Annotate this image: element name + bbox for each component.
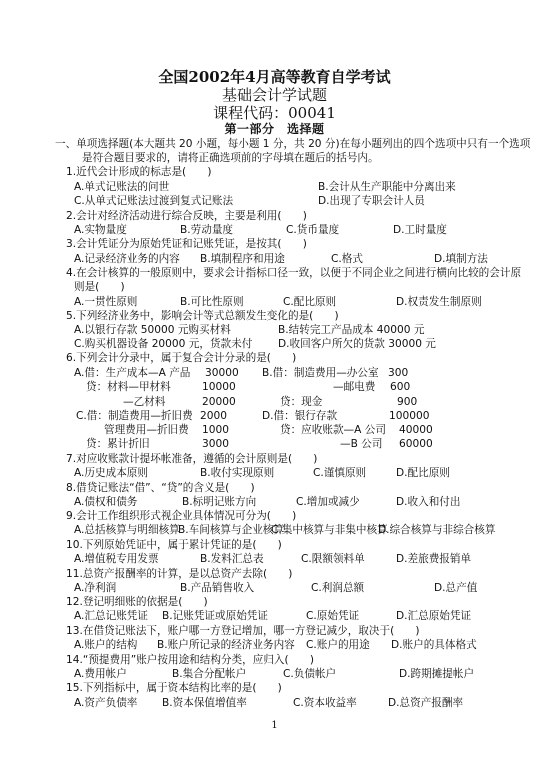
option-11c: C.利润总额: [311, 581, 364, 595]
entry-d-credit2-amt: 60000: [399, 437, 433, 451]
option-9c: C.集中核算与非集中核算: [271, 523, 388, 537]
option-8a: A.债权和债务: [74, 495, 137, 509]
option-15c: C.资本收益率: [293, 696, 357, 710]
entry-b-debit-amt: 300: [388, 366, 408, 380]
entry-c-credit-amt: 3000: [202, 437, 229, 451]
option-13d: D.账户的具体格式: [391, 638, 477, 652]
entry-a-credit1-amt: 10000: [202, 380, 236, 394]
question-6: 6.下列会计分录中，属于复合会计分录的是( ): [66, 351, 296, 365]
option-4c: C.配比原则: [283, 295, 336, 309]
question-4: 4.在会计核算的一般原则中，要求会计指标口径一致，以便于不同企业之间进行横向比较…: [66, 266, 521, 280]
option-5c: C.购买机器设备 20000 元，货款未付: [74, 337, 252, 351]
entry-d-debit-amt: 100000: [389, 409, 429, 423]
option-8c: C.增加或减少: [296, 495, 360, 509]
option-3d: D.填制方法: [434, 252, 488, 266]
option-12a: A.汇总记账凭证: [74, 609, 148, 623]
entry-a-debit-amt: 30000: [205, 366, 239, 380]
option-13b: B.账户所记录的经济业务内容: [157, 638, 295, 652]
entry-c-debit: C.借：制造费用—折旧费: [76, 409, 193, 423]
option-10a: A.增值税专用发票: [74, 552, 159, 566]
option-3a: A.记录经济业务的内容: [74, 252, 180, 266]
option-12b: B.记账凭证或原始凭证: [162, 609, 268, 623]
entry-b-debit: B.借：制造费用—办公室: [262, 366, 379, 380]
option-12d: D.汇总原始凭证: [396, 609, 471, 623]
question-3: 3.会计凭证分为原始凭证和记账凭证，是按其( ): [66, 237, 307, 251]
question-5: 5.下列经济业务中，影响会计等式总额发生变化的是( ): [66, 309, 339, 323]
option-8d: D.收入和付出: [396, 495, 461, 509]
entry-c-credit: 贷：累计折旧: [86, 437, 150, 451]
option-15b: B.资本保值增值率: [162, 696, 247, 710]
section-heading-cont: 是符合题目要求的，请将正确选项前的字母填在题后的括号内。: [82, 151, 379, 165]
option-1d: D.出现了专职会计人员: [318, 194, 425, 208]
entry-a-debit: A.借：生产成本—A 产品: [74, 366, 190, 380]
option-9b: B.车间核算与企业核算: [178, 523, 284, 537]
page-number: 1: [0, 720, 549, 731]
entry-a-credit1: 贷：材料—甲材料: [86, 380, 171, 394]
option-3b: B.填制程序和用途: [200, 252, 285, 266]
option-10d: D.差旅费报销单: [396, 552, 471, 566]
entry-d-debit: D.借：银行存款: [262, 409, 337, 423]
entry-c-debit2-amt: 1000: [202, 423, 229, 437]
part-heading: 第一部分 选择题: [0, 120, 549, 137]
entry-d-credit2: —B 公司: [340, 437, 382, 451]
option-9d: D.综合核算与非综合核算: [378, 523, 495, 537]
question-7: 7.对应收账款计提坏帐准备，遵循的会计原则是( ): [66, 452, 317, 466]
option-10c: C.限额领料单: [301, 552, 365, 566]
option-3c: C.格式: [331, 252, 363, 266]
entry-b-debit2: —邮电费: [333, 380, 375, 394]
option-7a: A.历史成本原则: [74, 466, 148, 480]
option-9a: A.总括核算与明细核算: [74, 523, 180, 537]
entry-a-credit2-amt: 20000: [202, 395, 236, 409]
option-7d: D.配比原则: [396, 466, 450, 480]
entry-d-credit1-amt: 40000: [399, 423, 433, 437]
question-1: 1.近代会计形成的标志是( ): [66, 165, 212, 179]
option-5b: B.结转完工产品成本 40000 元: [278, 323, 424, 337]
question-12: 12.登记明细账的依据是( ): [66, 595, 208, 609]
option-7b: B.收付实现原则: [200, 466, 274, 480]
option-2b: B.劳动量度: [180, 223, 233, 237]
question-10: 10.下列原始凭证中，属于累计凭证的是( ): [66, 538, 282, 552]
question-14: 14.“预提费用”账户按用途和结构分类，应归入( ): [66, 653, 314, 667]
section-heading: 一、单项选择题(本大题共 20 小题，每小题 1 分，共 20 分)在每小题列出…: [55, 137, 530, 151]
option-4b: B.可比性原则: [180, 295, 244, 309]
option-14b: B.集合分配帐户: [172, 667, 246, 681]
option-2d: D.工时量度: [393, 223, 447, 237]
option-7c: C.谨慎原则: [313, 466, 366, 480]
option-15a: A.资产负债率: [74, 696, 137, 710]
option-11b: B.产品销售收入: [180, 581, 254, 595]
entry-b-credit-amt: 900: [397, 395, 417, 409]
option-10b: B.发料汇总表: [200, 552, 264, 566]
option-15d: D.总资产报酬率: [388, 696, 463, 710]
entry-b-credit: 贷：现金: [280, 395, 322, 409]
question-8: 8.借贷记账法“借”、“贷”的含义是( ): [66, 481, 255, 495]
question-15: 15.下列指标中，属于资本结构比率的是( ): [66, 681, 282, 695]
question-9: 9.会计工作组织形式视企业具体情况可分为( ): [66, 509, 296, 523]
entry-a-credit2: —乙材料: [123, 395, 165, 409]
question-2: 2.会计对经济活动进行综合反映，主要是利用( ): [66, 209, 307, 223]
option-11d: D.总产值: [434, 581, 477, 595]
question-4-cont: 则是( ): [74, 280, 125, 294]
option-5a: A.以银行存款 50000 元购买材料: [74, 323, 231, 337]
entry-b-debit2-amt: 600: [390, 380, 410, 394]
option-4d: D.权责发生制原则: [396, 295, 482, 309]
option-14c: C.负债帐户: [283, 667, 336, 681]
entry-c-debit2: 管理费用—折旧费: [104, 423, 189, 437]
question-11: 11.总资产报酬率的计算，是以总资产去除( ): [66, 567, 292, 581]
option-13c: C.账户的用途: [306, 638, 370, 652]
option-2c: C.货币量度: [286, 223, 339, 237]
entry-d-credit1: 贷：应收账款—A 公司: [280, 423, 386, 437]
option-4a: A.一贯性原则: [74, 295, 137, 309]
option-1c: C.从单式记账法过渡到复式记账法: [74, 194, 233, 208]
option-14d: D.跨期摊提帐户: [399, 667, 474, 681]
option-8b: B.标明记账方向: [182, 495, 256, 509]
option-5d: D.收回客户所欠的货款 30000 元: [278, 337, 436, 351]
option-14a: A.费用帐户: [74, 667, 127, 681]
option-1a: A.单式记账法的问世: [74, 180, 169, 194]
option-13a: A.账户的结构: [74, 638, 137, 652]
entry-c-debit-amt: 2000: [200, 409, 227, 423]
exam-page: 全国2002年4月高等教育自学考试 基础会计学试题 课程代码：00041 第一部…: [0, 0, 549, 778]
option-1b: B.会计从生产职能中分离出来: [318, 180, 456, 194]
option-2a: A.实物量度: [74, 223, 127, 237]
question-13: 13.在借贷记账法下，账户哪一方登记增加，哪一方登记减少，取决于( ): [66, 624, 420, 638]
option-11a: A.净利润: [74, 581, 116, 595]
option-12c: C.原始凭证: [306, 609, 359, 623]
